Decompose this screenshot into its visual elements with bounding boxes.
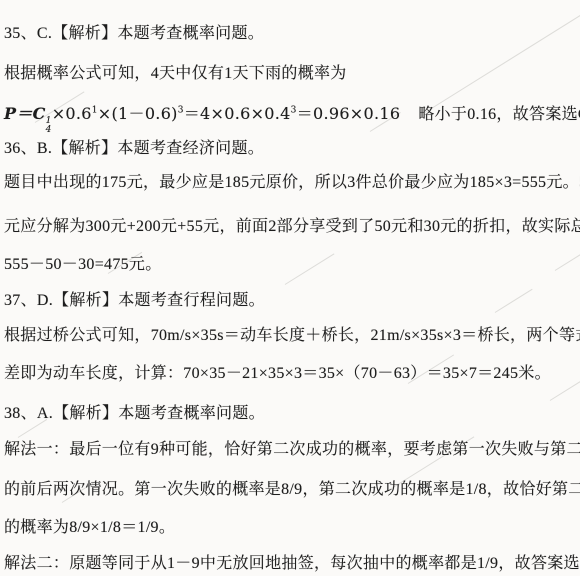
q36-answer-header: 36、B.【解析】本题考查经济问题。 [4, 139, 264, 159]
scan-artifact-line [495, 289, 533, 313]
scan-artifact-line [425, 11, 580, 113]
q38-solution2-line: 解法二：原题等同于从1－9中无放回地抽签，每次抽中的概率都是1/9，故答案选A。 [4, 554, 580, 574]
q38-solution1-result: 的概率为8/9×1/8＝1/9。 [4, 518, 175, 538]
q37-calculation-line: 差即为动车长度，计算：70×35－21×35×3＝35×（70－63）＝35×7… [4, 364, 551, 384]
scanned-document-page: 35、C.【解析】本题考查概率问题。 根据概率公式可知，4天中仅有1天下雨的概率… [0, 0, 580, 576]
scan-artifact-line [555, 252, 580, 271]
q38-solution1-line: 解法一：最后一位有9种可能，恰好第二次成功的概率，要考虑第一次失败与第二次成功 [4, 440, 580, 460]
formula-lhs: P＝C [4, 104, 46, 123]
q35-explanation-line: 根据概率公式可知，4天中仅有1天下雨的概率为 [4, 64, 347, 84]
q38-answer-header: 38、A.【解析】本题考查概率问题。 [4, 404, 265, 424]
formula-segment: ＝0.96×0.16 [297, 104, 401, 123]
scan-artifact-line [285, 253, 335, 285]
combination-subscript: 4 [46, 126, 52, 135]
q37-answer-header: 37、D.【解析】本题考查行程问题。 [4, 291, 265, 311]
q36-explanation-line: 元应分解为300元+200元+55元，前面2部分享受到了50元和30元的折扣，故… [4, 217, 580, 237]
scan-artifact-line [550, 381, 580, 401]
probability-formula: P＝C14×0.61×(1－0.6)3＝4×0.6×0.43＝0.96×0.16 [4, 104, 400, 123]
q35-formula-line: P＝C14×0.61×(1－0.6)3＝4×0.6×0.43＝0.96×0.16… [4, 104, 580, 135]
q38-solution1-line: 的前后两次情况。第一次失败的概率是8/9，第二次成功的概率是1/8，故恰好第二次… [4, 480, 580, 500]
q36-explanation-line: 题目中出现的175元，最少应是185元原价，所以3件总价最少应为185×3=55… [4, 173, 580, 193]
formula-segment: ＝4×0.6×0.4 [184, 104, 291, 123]
formula-segment: ×0.6 [52, 104, 92, 123]
q35-answer-header: 35、C.【解析】本题考查概率问题。 [4, 24, 264, 44]
q37-explanation-line: 根据过桥公式可知，70m/s×35s＝动车长度＋桥长，21m/s×35s×3＝桥… [4, 326, 580, 346]
formula-segment: ×(1－0.6) [98, 104, 178, 123]
q36-calculation-line: 555－50－30=475元。 [4, 255, 162, 275]
q35-conclusion: 略小于0.16，故答案选C。 [418, 106, 580, 123]
